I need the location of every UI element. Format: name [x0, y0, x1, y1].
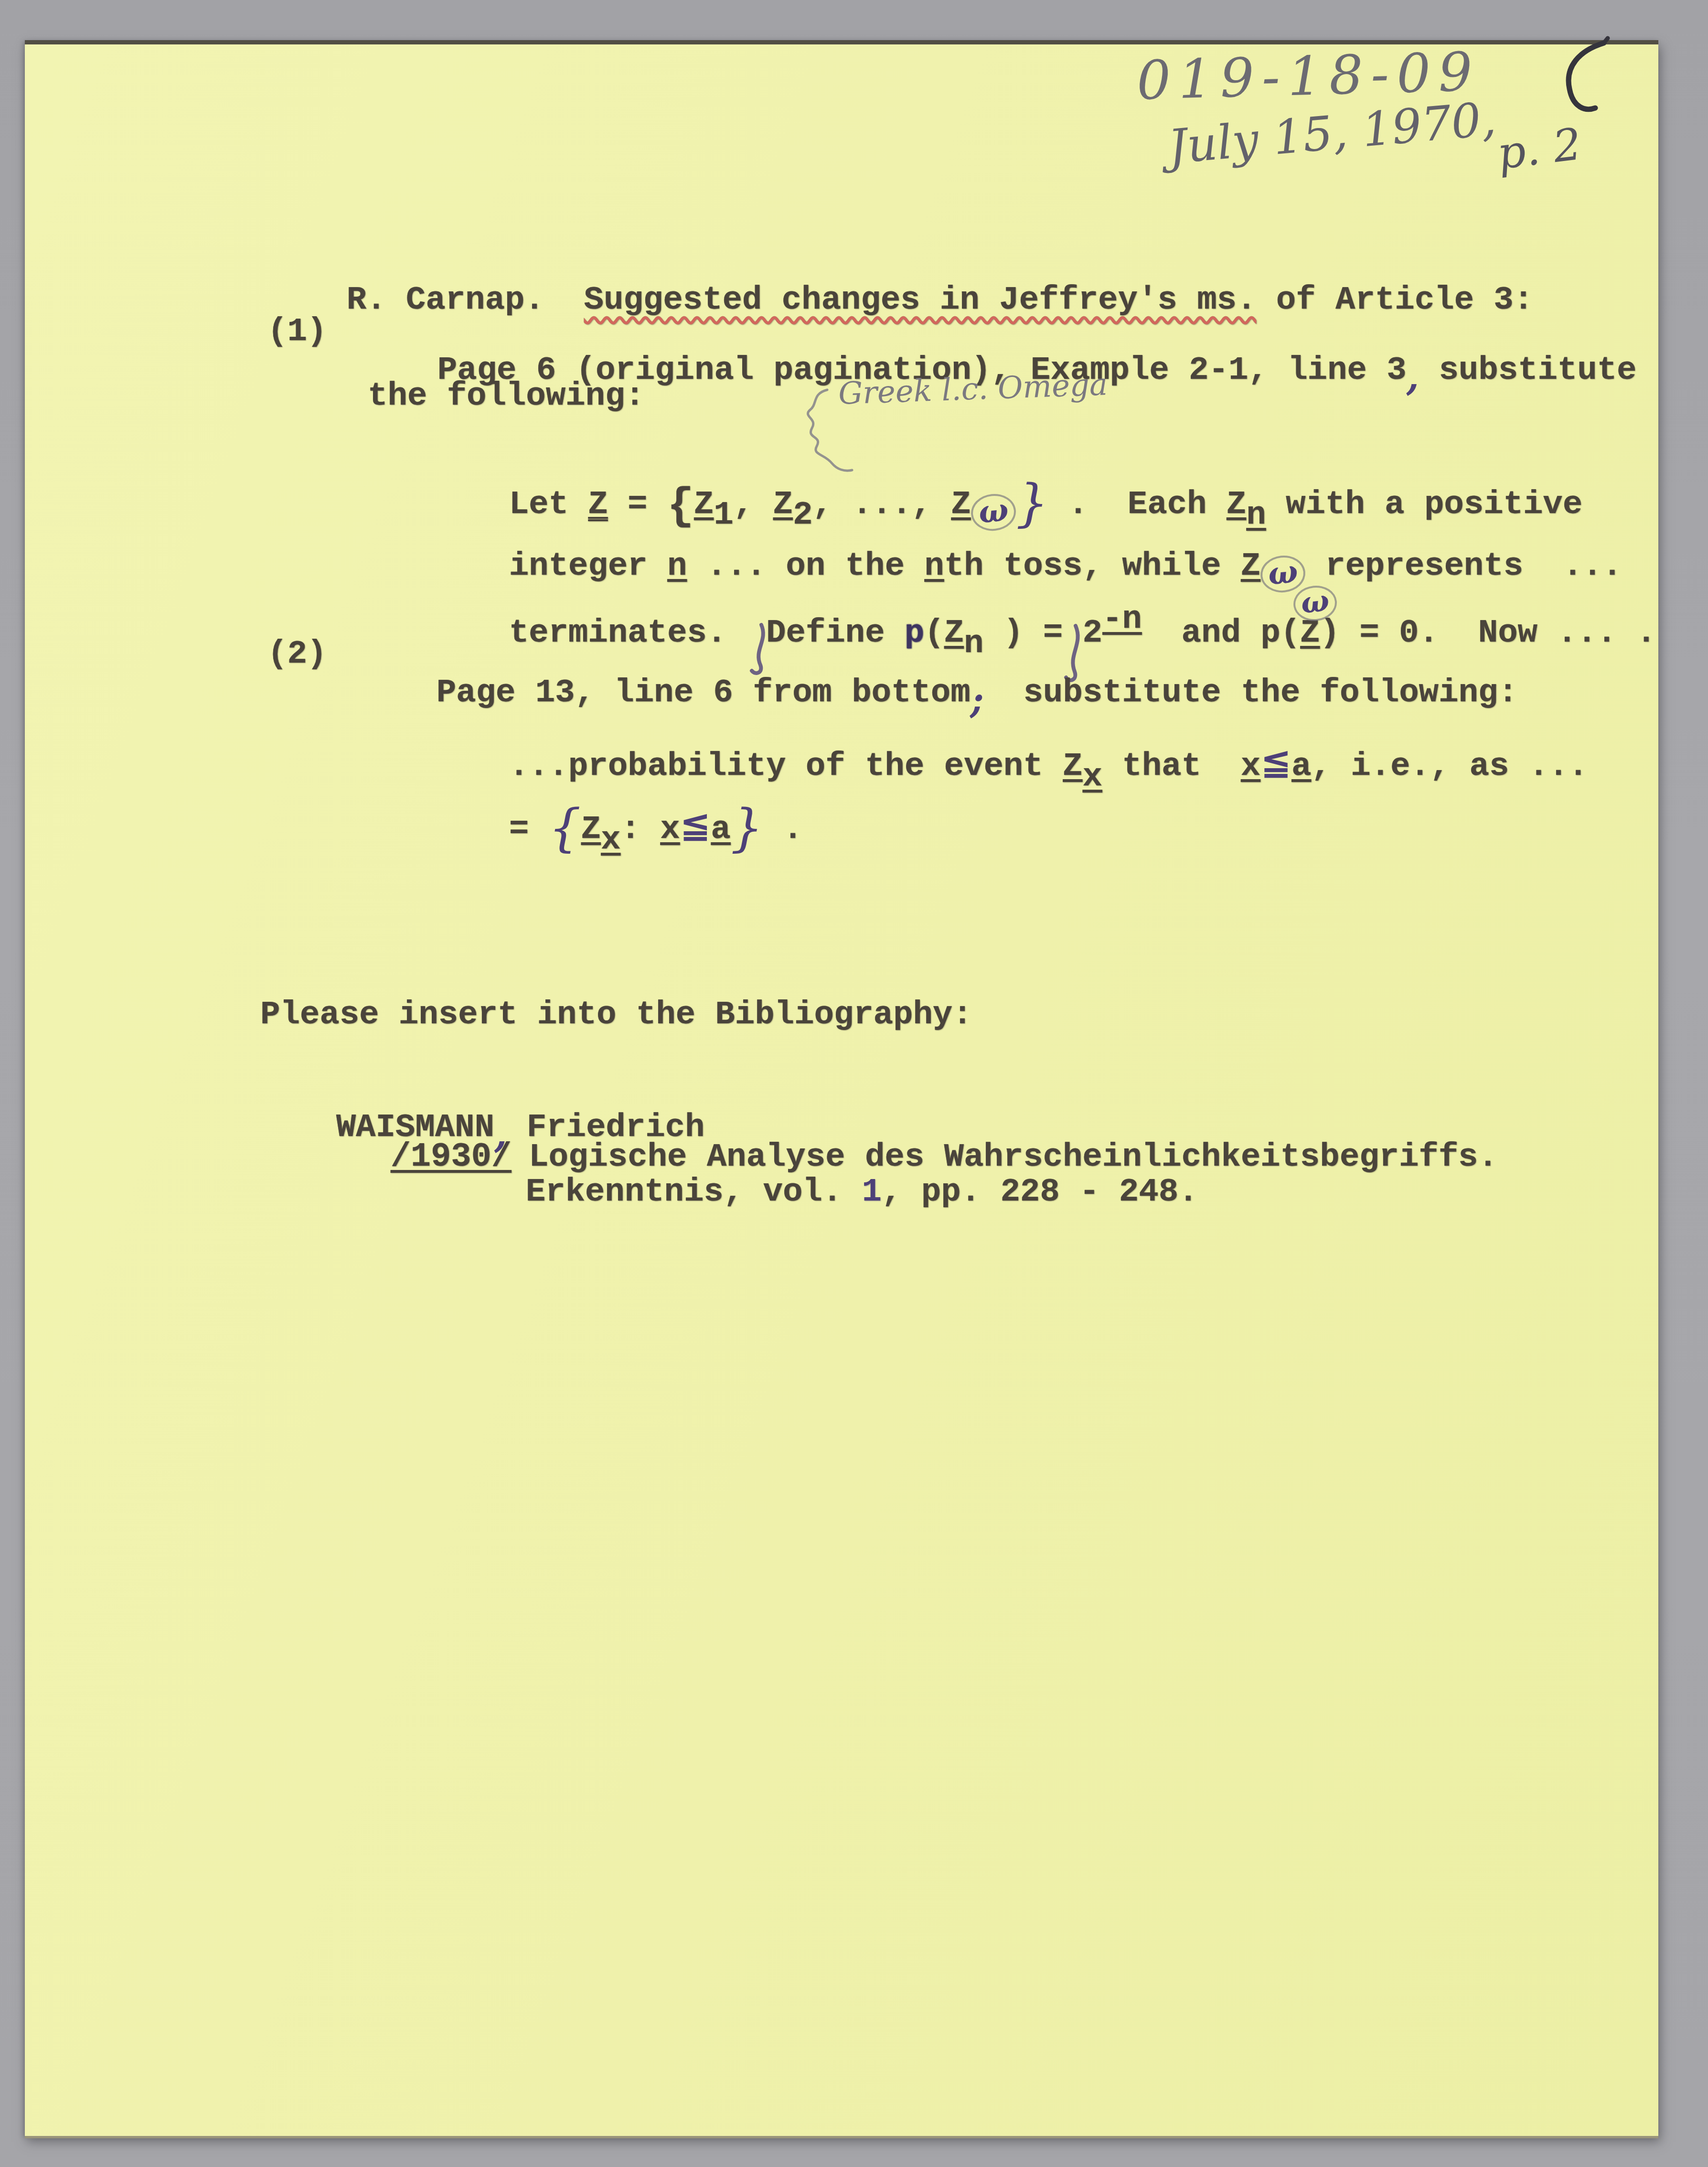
item2-math2: = {Zx: x≦a} . [430, 770, 803, 887]
scan-background: 019-18-09 July 15, 1970, p. 2 R. Carnap.… [0, 0, 1708, 2167]
symbol-x: x [1241, 748, 1260, 785]
symbol-a: a [1292, 748, 1311, 785]
math-text: = [509, 811, 549, 848]
subscript-x: x [601, 821, 620, 858]
math-text: : [620, 811, 660, 848]
item1-line2: the following: [368, 380, 645, 413]
heading-author: R. Carnap. [347, 281, 544, 319]
superscript-minus-n: -n [1102, 601, 1142, 638]
math-text: th toss, while [944, 547, 1241, 585]
handwritten-open-brace: { [548, 799, 581, 858]
symbol-a: a [711, 811, 730, 848]
bibliography-intro: Please insert into the Bibliography: [260, 998, 972, 1031]
math-text: ... on the [687, 547, 924, 585]
heading-separator [544, 281, 584, 319]
math-text: integer [509, 547, 667, 585]
bibliography-journal: Erkenntnis, vol. 1, pp. 228 - 248. [447, 1143, 1198, 1242]
journal-pages: , pp. 228 - 248. [882, 1173, 1198, 1211]
item2-number: (2) [267, 638, 327, 671]
symbol-Z-omega: Z [1241, 547, 1260, 585]
item1-number: (1) [267, 315, 327, 348]
math-text: , i.e., as ... [1311, 748, 1588, 785]
item2-line1-text: Page 13, line 6 from bottom [437, 674, 971, 711]
journal-name: Erkenntnis, vol. [526, 1173, 862, 1211]
symbol-n: n [924, 547, 944, 585]
item1-line1-rest: substitute [1419, 352, 1636, 389]
corner-bracket-mark [1558, 37, 1620, 157]
symbol-x: x [660, 811, 680, 848]
math-text: represents ... [1306, 547, 1623, 585]
heading-title-rest: of Article 3: [1256, 281, 1533, 319]
math-text: that [1102, 748, 1241, 785]
symbol-Zx: Z [1063, 748, 1082, 785]
inserted-comma-mark: , [1407, 356, 1419, 398]
handwritten-leq: ≦ [1260, 740, 1292, 783]
symbol-Zx: Z [581, 811, 601, 848]
item2-line1-rest: substitute the following: [984, 674, 1518, 711]
math-text: . [763, 811, 803, 848]
subscript-x: x [1082, 758, 1102, 795]
symbol-n: n [667, 547, 687, 585]
handwritten-leq: ≦ [680, 803, 711, 846]
overwritten-volume-number: 1 [862, 1173, 882, 1211]
handwritten-close-brace: } [731, 799, 763, 858]
heading-title-underlined: Suggested changes in Jeffrey's ms. [584, 281, 1257, 319]
